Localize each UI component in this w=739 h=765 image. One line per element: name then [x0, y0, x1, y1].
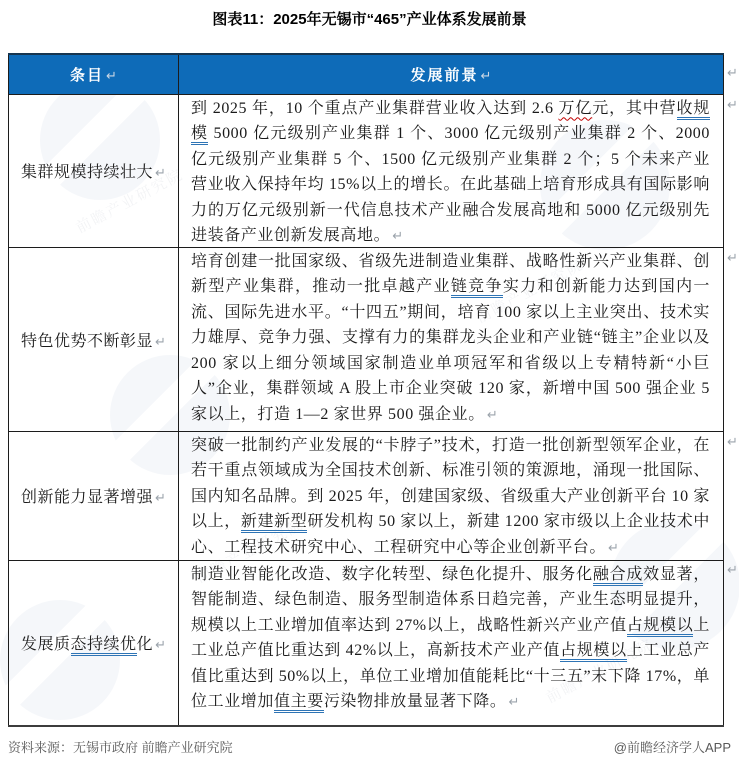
paragraph-mark-icon: ↵ — [104, 69, 117, 84]
text-segment: 化 — [137, 636, 154, 653]
prospect-paragraph: 制造业智能化改造、数字化转型、绿色化提升、服务化融合成效显著，智能制造、绿色制造… — [191, 566, 710, 714]
table-row: 发展质态持续优化↵ 制造业智能化改造、数字化转型、绿色化提升、服务化融合成效显著… — [9, 560, 724, 726]
prospect-text: 制造业智能化改造、数字化转型、绿色化提升、服务化融合成效显著，智能制造、绿色制造… — [191, 562, 710, 725]
prospect-paragraph: 培育创建一批国家级、省级先进制造业集群、战略性新兴产业集群、创新型产业集群，推动… — [191, 253, 710, 424]
document-page: { "title": "图表11：2025年无锡市“465”产业体系发展前景",… — [0, 0, 739, 765]
text-segment: 5000 亿元级别产业集群 1 个、3000 亿元级别产业集群 2 个、2000… — [191, 125, 710, 244]
text-segment: 新建新型 — [241, 513, 308, 533]
header-prospect-label: 发展前景 — [411, 67, 479, 84]
text-segment: 特色优势不断彰显 — [21, 333, 153, 350]
prospect-text: 培育创建一批国家级、省级先进制造业集群、战略性新兴产业集群、创新型产业集群，推动… — [191, 249, 710, 431]
header-item-column: 条目↵ — [9, 54, 179, 94]
item-cell: 发展质态持续优化↵ — [9, 560, 179, 726]
table-row: 集群规模持续壮大↵ 到 2025 年，10 个重点产业集群营业收入达到 2.6 … — [9, 94, 724, 247]
paragraph-mark-icon: ↵ — [479, 69, 492, 84]
text-segment: 创新能力显著增强 — [21, 489, 153, 506]
table-row: 创新能力显著增强↵ 突破一批制约产业发展的“卡脖子”技术，打造一批创新型领军企业… — [9, 431, 724, 560]
text-segment: 占规模以 — [560, 642, 627, 662]
prospect-paragraph: 突破一批制约产业发展的“卡脖子”技术，打造一批创新型领军企业，在若干重点领域成为… — [191, 437, 710, 556]
row-end-mark-icon: ↵ — [727, 66, 738, 81]
text-segment: 融合成 — [593, 566, 643, 586]
prospect-paragraph: 到 2025 年，10 个重点产业集群营业收入达到 2.6 万亿元，其中营收规模… — [191, 100, 710, 245]
text-segment: 发展质 — [21, 636, 71, 653]
prospect-cell: 到 2025 年，10 个重点产业集群营业收入达到 2.6 万亿元，其中营收规模… — [179, 94, 724, 247]
prospect-cell: 制造业智能化改造、数字化转型、绿色化提升、服务化融合成效显著，智能制造、绿色制造… — [179, 560, 724, 726]
figure-title: 图表11：2025年无锡市“465”产业体系发展前景 — [0, 8, 739, 29]
item-cell: 特色优势不断彰显↵ — [9, 247, 179, 431]
text-segment: 到 2025 年，10 个重点产业集群营业收入达到 2.6 — [191, 100, 558, 117]
item-label: 集群规模持续壮大 — [21, 164, 153, 181]
header-item-label: 条目 — [70, 67, 104, 84]
text-segment: 万亿 — [558, 100, 592, 117]
row-end-mark-icon: ↵ — [727, 98, 738, 113]
paragraph-mark-icon: ↵ — [485, 408, 498, 423]
item-label: 特色优势不断彰显 — [21, 333, 153, 350]
credit-note: @前瞻经济学人APP — [614, 737, 731, 756]
text-segment: 值主要 — [274, 693, 324, 713]
prospect-cell: 突破一批制约产业发展的“卡脖子”技术，打造一批创新型领军企业，在若干重点领域成为… — [179, 431, 724, 560]
paragraph-mark-icon: ↵ — [606, 541, 619, 556]
source-note: 资料来源：无锡市政府 前瞻产业研究院 — [8, 737, 233, 756]
table-row: 特色优势不断彰显↵ 培育创建一批国家级、省级先进制造业集群、战略性新兴产业集群、… — [9, 247, 724, 431]
paragraph-mark-icon: ↵ — [153, 491, 166, 506]
table-body: 集群规模持续壮大↵ 到 2025 年，10 个重点产业集群营业收入达到 2.6 … — [9, 94, 724, 726]
prospect-text: 到 2025 年，10 个重点产业集群营业收入达到 2.6 万亿元，其中营收规模… — [191, 96, 710, 247]
header-prospect-column: 发展前景↵ — [179, 54, 724, 94]
prospects-table: 条目↵ 发展前景↵ 集群规模持续壮大↵ 到 2025 年，10 个重点产业集群营… — [8, 53, 724, 727]
row-end-mark-icon: ↵ — [727, 563, 738, 578]
row-end-mark-icon: ↵ — [727, 435, 738, 450]
text-segment: 占规模以 — [627, 617, 694, 637]
text-segment: 实力和创新能力达到国内一流、国际先进水平。“十四五”期间，培育 100 家以上主… — [191, 278, 710, 423]
header-row: 条目↵ 发展前景↵ — [9, 54, 724, 94]
paragraph-mark-icon: ↵ — [506, 695, 519, 710]
text-segment: 集群规模持续壮大 — [21, 164, 153, 181]
text-segment: 态持续优 — [71, 636, 137, 656]
paragraph-mark-icon: ↵ — [153, 166, 166, 181]
prospect-cell: 培育创建一批国家级、省级先进制造业集群、战略性新兴产业集群、创新型产业集群，推动… — [179, 247, 724, 431]
paragraph-mark-icon: ↵ — [153, 638, 166, 653]
item-label: 发展质态持续优化 — [21, 636, 153, 656]
paragraph-mark-icon: ↵ — [390, 229, 403, 244]
row-end-mark-icon: ↵ — [727, 251, 738, 266]
text-segment: 链竞争 — [451, 278, 503, 298]
text-segment: 元，其中营 — [592, 100, 676, 117]
text-segment: 制造业智能化改造、数字化转型、绿色化提升、服务化 — [191, 566, 593, 583]
paragraph-mark-icon: ↵ — [153, 335, 166, 350]
footer: 资料来源：无锡市政府 前瞻产业研究院 @前瞻经济学人APP — [8, 737, 731, 756]
item-cell: 集群规模持续壮大↵ — [9, 94, 179, 247]
text-segment: 污染物排放量显著下降。 — [324, 693, 507, 710]
item-label: 创新能力显著增强 — [21, 489, 153, 506]
item-cell: 创新能力显著增强↵ — [9, 431, 179, 560]
table-header: 条目↵ 发展前景↵ — [9, 54, 724, 94]
prospect-text: 突破一批制约产业发展的“卡脖子”技术，打造一批创新型领军企业，在若干重点领域成为… — [191, 433, 710, 560]
